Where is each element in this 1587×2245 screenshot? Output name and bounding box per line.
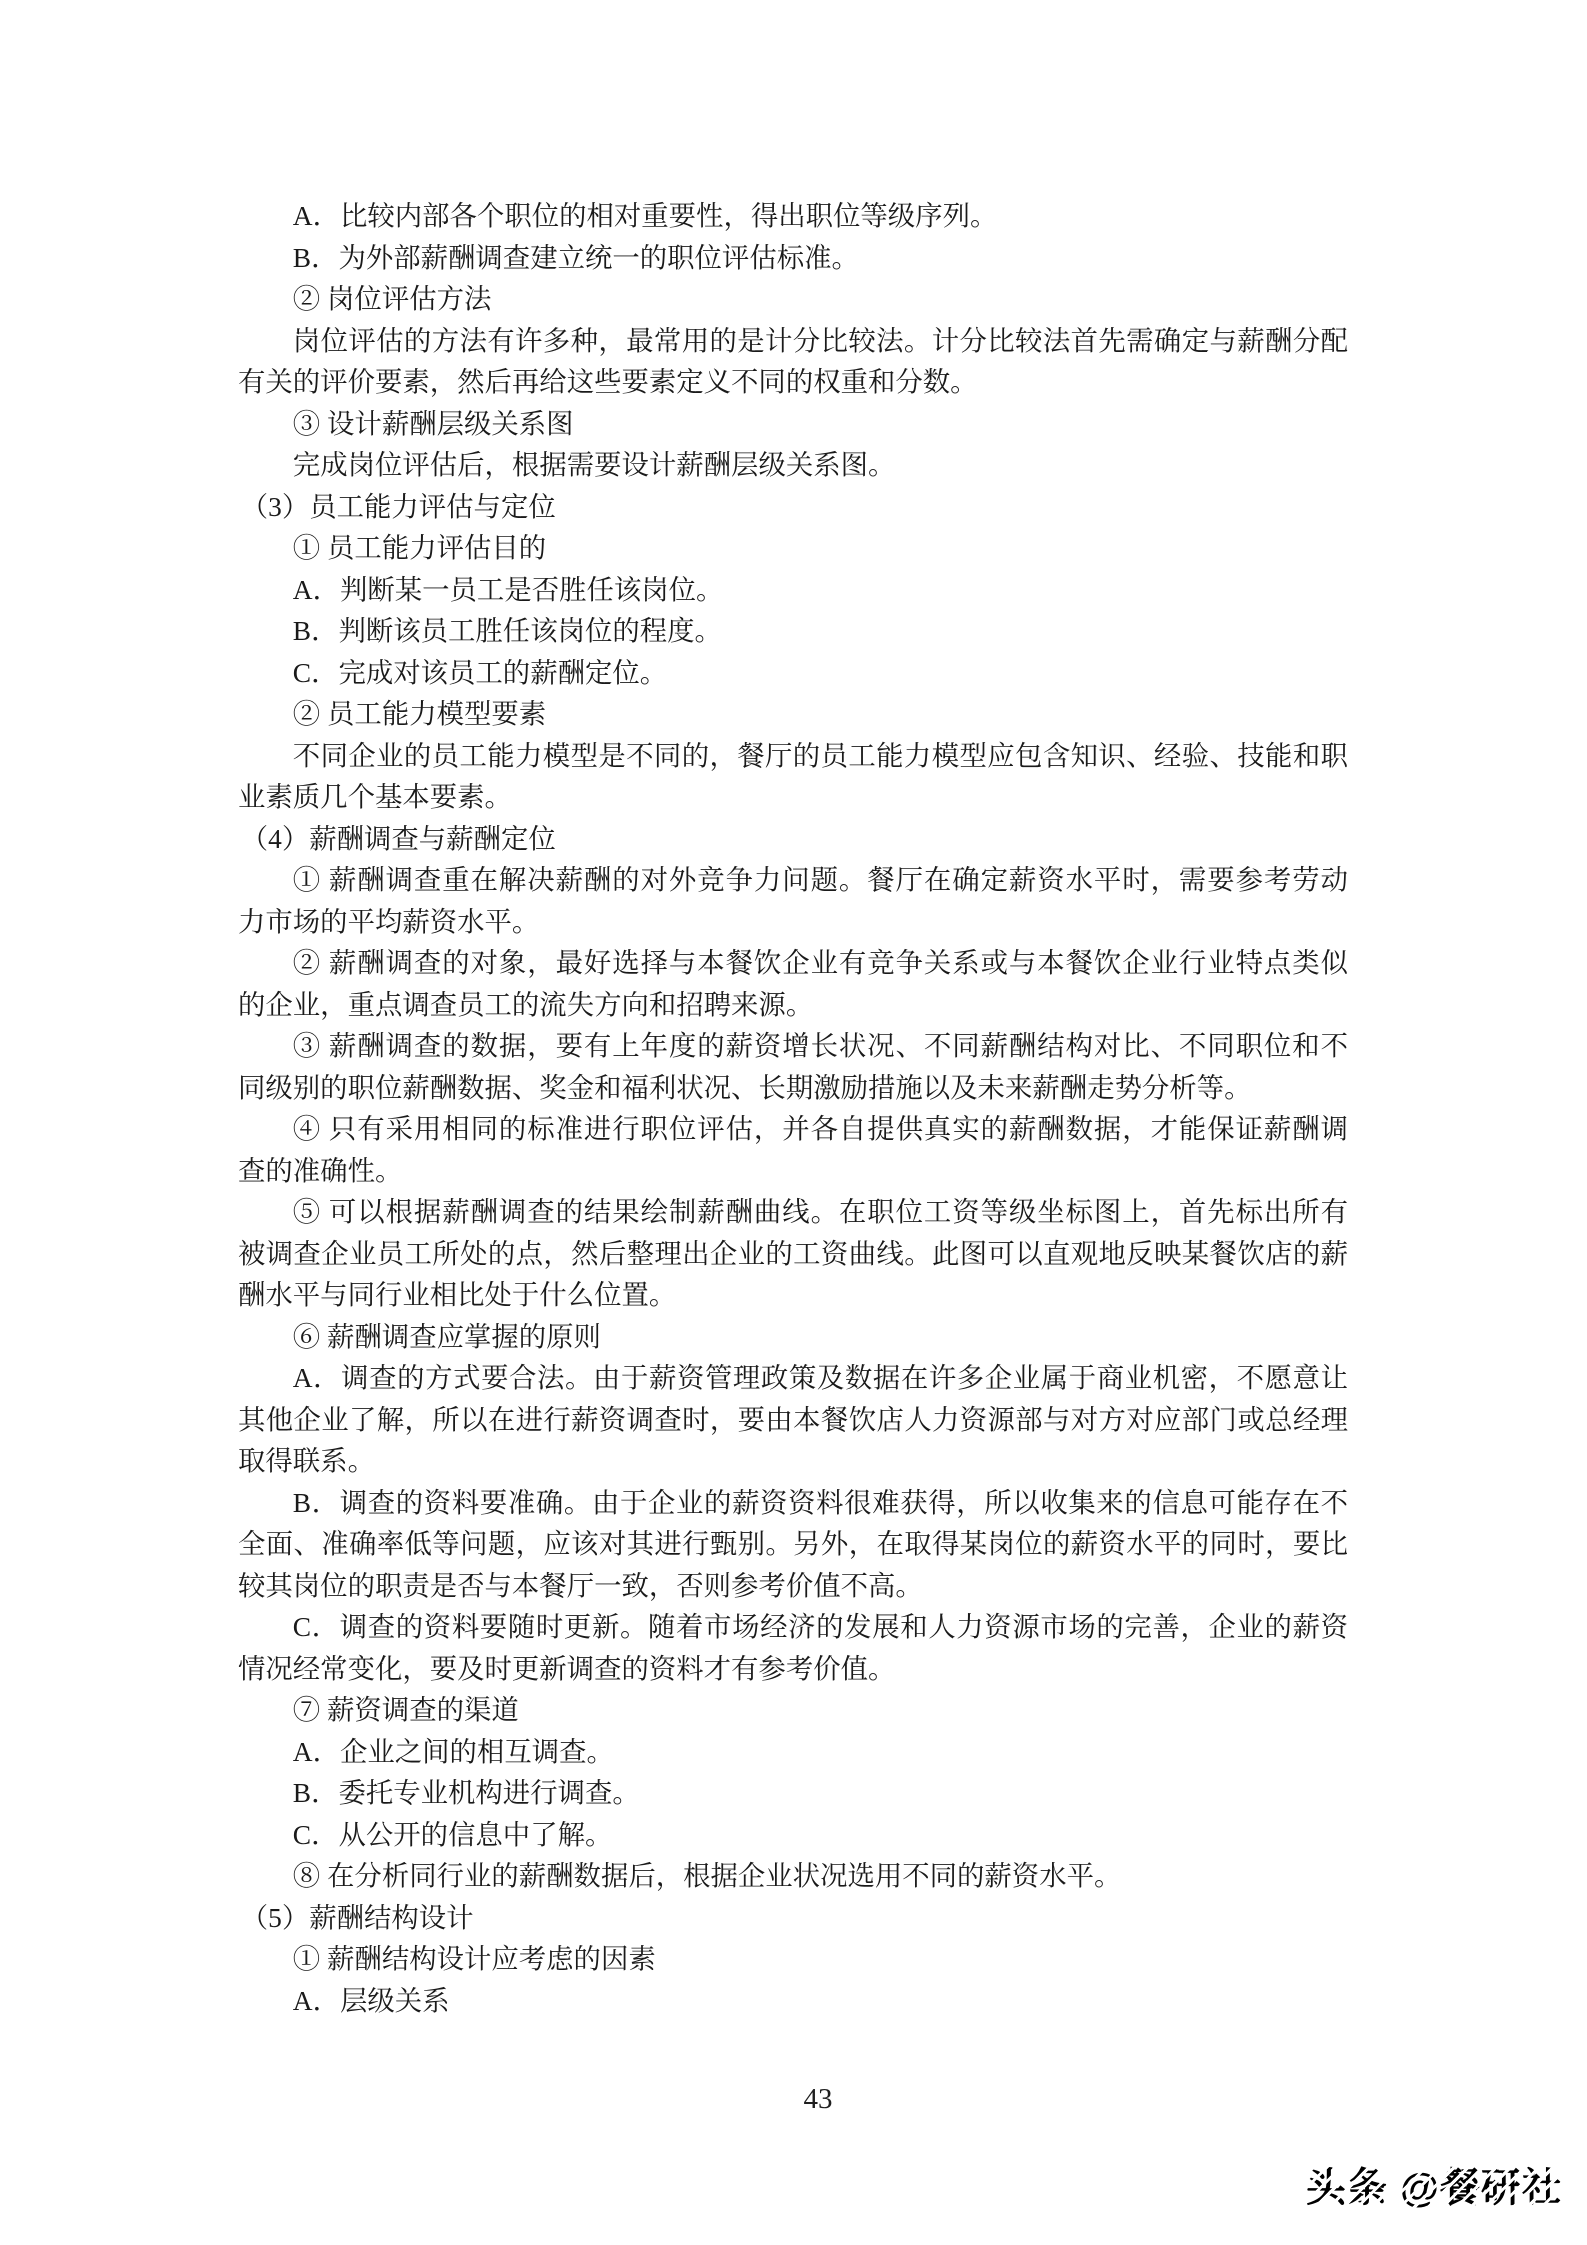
text-line: A．调查的方式要合法。由于薪资管理政策及数据在许多企业属于商业机密，不愿意让 bbox=[238, 1358, 1348, 1400]
text-line: ⑤ 可以根据薪酬调查的结果绘制薪酬曲线。在职位工资等级坐标图上，首先标出所有 bbox=[238, 1192, 1348, 1234]
text-line: ③ 设计薪酬层级关系图 bbox=[238, 404, 1348, 446]
text-line: A．判断某一员工是否胜任该岗位。 bbox=[238, 570, 1348, 612]
document-page: A．比较内部各个职位的相对重要性，得出职位等级序列。 B．为外部薪酬调查建立统一… bbox=[0, 0, 1587, 2245]
text-line: 查的准确性。 bbox=[238, 1151, 1348, 1193]
text-line: ④ 只有采用相同的标准进行职位评估，并各自提供真实的薪酬数据，才能保证薪酬调 bbox=[238, 1109, 1348, 1151]
text-line: 有关的评价要素，然后再给这些要素定义不同的权重和分数。 bbox=[238, 362, 1348, 404]
text-line: ⑥ 薪酬调查应掌握的原则 bbox=[238, 1317, 1348, 1359]
text-line: ① 薪酬结构设计应考虑的因素 bbox=[238, 1939, 1348, 1981]
text-line: 较其岗位的职责是否与本餐厅一致，否则参考价值不高。 bbox=[238, 1566, 1348, 1608]
text-line: ② 岗位评估方法 bbox=[238, 279, 1348, 321]
text-line: 不同企业的员工能力模型是不同的，餐厅的员工能力模型应包含知识、经验、技能和职 bbox=[238, 736, 1348, 778]
text-line: ⑦ 薪资调查的渠道 bbox=[238, 1690, 1348, 1732]
text-line: 其他企业了解，所以在进行薪资调查时，要由本餐饮店人力资源部与对方对应部门或总经理 bbox=[238, 1400, 1348, 1442]
text-line: ① 薪酬调查重在解决薪酬的对外竞争力问题。餐厅在确定薪资水平时，需要参考劳动 bbox=[238, 860, 1348, 902]
text-line: ⑧ 在分析同行业的薪酬数据后，根据企业状况选用不同的薪资水平。 bbox=[238, 1856, 1348, 1898]
text-line: 情况经常变化，要及时更新调查的资料才有参考价值。 bbox=[238, 1649, 1348, 1691]
watermark: 头条 @餐研社 bbox=[1306, 2162, 1563, 2214]
text-line: C．调查的资料要随时更新。随着市场经济的发展和人力资源市场的完善，企业的薪资 bbox=[238, 1607, 1348, 1649]
text-line: B．判断该员工胜任该岗位的程度。 bbox=[238, 611, 1348, 653]
text-line: A．比较内部各个职位的相对重要性，得出职位等级序列。 bbox=[238, 196, 1348, 238]
text-line: 力市场的平均薪资水平。 bbox=[238, 902, 1348, 944]
text-line: 完成岗位评估后，根据需要设计薪酬层级关系图。 bbox=[238, 445, 1348, 487]
text-line: C．完成对该员工的薪酬定位。 bbox=[238, 653, 1348, 695]
text-line: C．从公开的信息中了解。 bbox=[238, 1815, 1348, 1857]
text-line: （4）薪酬调查与薪酬定位 bbox=[238, 819, 1348, 861]
text-line: ② 员工能力模型要素 bbox=[238, 694, 1348, 736]
page-number: 43 bbox=[263, 2078, 1373, 2120]
text-line: A．企业之间的相互调查。 bbox=[238, 1732, 1348, 1774]
text-line: 业素质几个基本要素。 bbox=[238, 777, 1348, 819]
text-line: 同级别的职位薪酬数据、奖金和福利状况、长期激励措施以及未来薪酬走势分析等。 bbox=[238, 1068, 1348, 1110]
text-line: ② 薪酬调查的对象，最好选择与本餐饮企业有竞争关系或与本餐饮企业行业特点类似 bbox=[238, 943, 1348, 985]
text-line: 岗位评估的方法有许多种，最常用的是计分比较法。计分比较法首先需确定与薪酬分配 bbox=[238, 321, 1348, 363]
text-line: 被调查企业员工所处的点，然后整理出企业的工资曲线。此图可以直观地反映某餐饮店的薪 bbox=[238, 1234, 1348, 1276]
text-line: 的企业，重点调查员工的流失方向和招聘来源。 bbox=[238, 985, 1348, 1027]
document-body: A．比较内部各个职位的相对重要性，得出职位等级序列。 B．为外部薪酬调查建立统一… bbox=[238, 196, 1348, 2022]
text-line: ① 员工能力评估目的 bbox=[238, 528, 1348, 570]
text-line: 全面、准确率低等问题，应该对其进行甄别。另外，在取得某岗位的薪资水平的同时，要比 bbox=[238, 1524, 1348, 1566]
text-line: B．为外部薪酬调查建立统一的职位评估标准。 bbox=[238, 238, 1348, 280]
text-line: ③ 薪酬调查的数据，要有上年度的薪资增长状况、不同薪酬结构对比、不同职位和不 bbox=[238, 1026, 1348, 1068]
text-line: （3）员工能力评估与定位 bbox=[238, 487, 1348, 529]
text-line: 取得联系。 bbox=[238, 1441, 1348, 1483]
text-line: B．调查的资料要准确。由于企业的薪资资料很难获得，所以收集来的信息可能存在不 bbox=[238, 1483, 1348, 1525]
text-line: B．委托专业机构进行调查。 bbox=[238, 1773, 1348, 1815]
text-line: （5）薪酬结构设计 bbox=[238, 1898, 1348, 1940]
text-line: 酬水平与同行业相比处于什么位置。 bbox=[238, 1275, 1348, 1317]
text-line: A．层级关系 bbox=[238, 1981, 1348, 2023]
